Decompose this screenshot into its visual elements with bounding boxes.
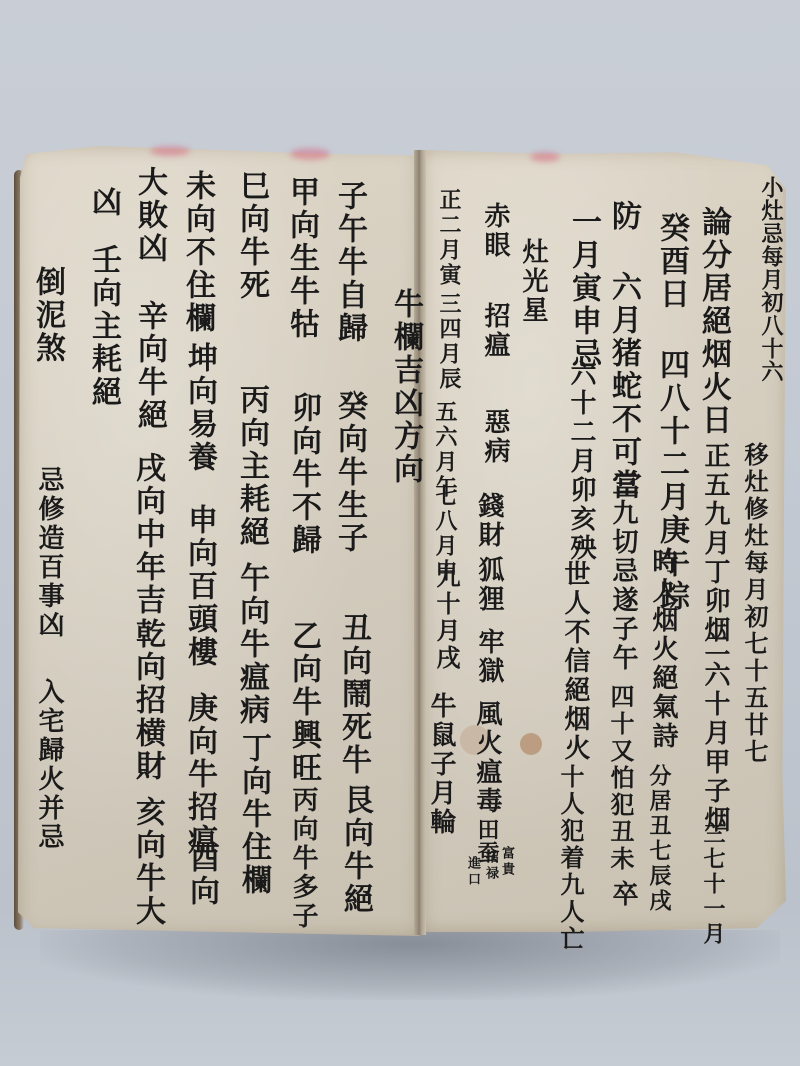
- text-column: 錢財: [476, 492, 502, 550]
- text-column: 丙向主耗絕: [236, 384, 266, 549]
- text-column: 忌修造百事凶: [36, 466, 62, 640]
- text-column: 大敗凶: [134, 166, 164, 265]
- red-stain: [530, 152, 560, 162]
- text-column: 四十又怕犯丑未: [608, 684, 632, 873]
- text-column: 世人不信絕烟火: [562, 560, 588, 763]
- text-column: 艮向牛絕: [340, 784, 370, 916]
- text-column: 入宅歸火并忌: [36, 678, 62, 852]
- text-column: 午向牛瘟病: [236, 562, 266, 727]
- text-column: 一月寅申忌: [568, 206, 598, 371]
- text-column: 坤向易養: [184, 342, 214, 474]
- text-column: 惡病: [482, 408, 508, 466]
- text-column: 招瘟: [482, 302, 508, 360]
- text-column: 子午牛自歸: [334, 180, 364, 345]
- brown-stain: [520, 733, 542, 755]
- text-column: 丁向牛住欄: [238, 732, 268, 897]
- text-column: 巳向牛死: [236, 170, 266, 302]
- open-book: 小灶忌每月初八十六 移灶修灶每月初七十五廿七 論分居絕烟火日 正五九月丁卯烟 二…: [0, 0, 800, 1066]
- text-column: 戌向中年吉: [132, 452, 162, 617]
- text-column: 赤眼: [482, 202, 508, 260]
- text-column: 時人烟火絕氣詩: [650, 548, 676, 751]
- text-column: 分居丑七辰戌: [648, 764, 670, 914]
- annotation: 富貴: [500, 846, 513, 878]
- section-title: 牛欄吉凶方向: [390, 288, 420, 486]
- text-column: 丙向牛多子: [290, 786, 316, 931]
- text-column: 論分居絕烟火日: [698, 206, 728, 437]
- text-column: 正五九月丁卯烟: [702, 442, 728, 645]
- text-column: 乾向招横財: [132, 618, 162, 783]
- text-column: 牢獄: [476, 628, 502, 686]
- book-spine: [414, 150, 426, 935]
- text-column: 狐狸: [476, 556, 502, 614]
- text-column: 六十二月卯亥殃: [568, 360, 594, 563]
- annotation: 招禄: [484, 850, 497, 882]
- text-column: 壬向主耗絕: [88, 244, 118, 409]
- text-column: 庚向牛招瘟: [184, 692, 214, 857]
- text-column: 倒泥煞: [32, 266, 62, 365]
- text-column: 牛鼠子月輪: [428, 692, 454, 837]
- text-column: 辛向牛絕: [134, 300, 164, 432]
- text-column: 三四月辰: [438, 292, 460, 392]
- text-column: 丑向鬧死牛: [338, 612, 368, 777]
- annotation: 進口: [466, 856, 479, 888]
- text-column: 九十月戌: [434, 564, 458, 672]
- text-column: 正二月寅: [438, 188, 460, 288]
- text-column: 甲向生牛牯: [286, 176, 316, 341]
- text-column: 三七十一月: [702, 822, 724, 947]
- text-column: 十人犯着九人亡: [558, 764, 582, 953]
- text-column: 防 六月猪蛇不可當: [608, 200, 638, 502]
- text-column: 二六十月甲子烟: [702, 632, 728, 835]
- text-column: 申向百頭樓: [184, 504, 214, 669]
- red-stain: [290, 148, 330, 160]
- text-column: 卒: [610, 880, 636, 909]
- text-column: 癸向牛生子: [334, 390, 364, 555]
- text-column: 小灶忌每月初八十六: [760, 176, 782, 383]
- text-column: 未向不住欄: [182, 170, 212, 335]
- text-column: 風火瘟毒: [474, 700, 500, 816]
- text-column: 酉向: [186, 842, 216, 908]
- text-column: 凶: [88, 186, 118, 219]
- text-column: 三九切忌遂子午: [610, 470, 636, 673]
- text-column: 乙向牛興旺: [288, 620, 318, 785]
- text-column: 亥向牛大: [132, 796, 162, 928]
- text-column: 移灶修灶每月初七十五廿七: [742, 442, 766, 766]
- text-column: 卯向牛不歸: [288, 392, 318, 557]
- text-column: 灶光星: [520, 238, 546, 325]
- red-stain: [150, 146, 190, 156]
